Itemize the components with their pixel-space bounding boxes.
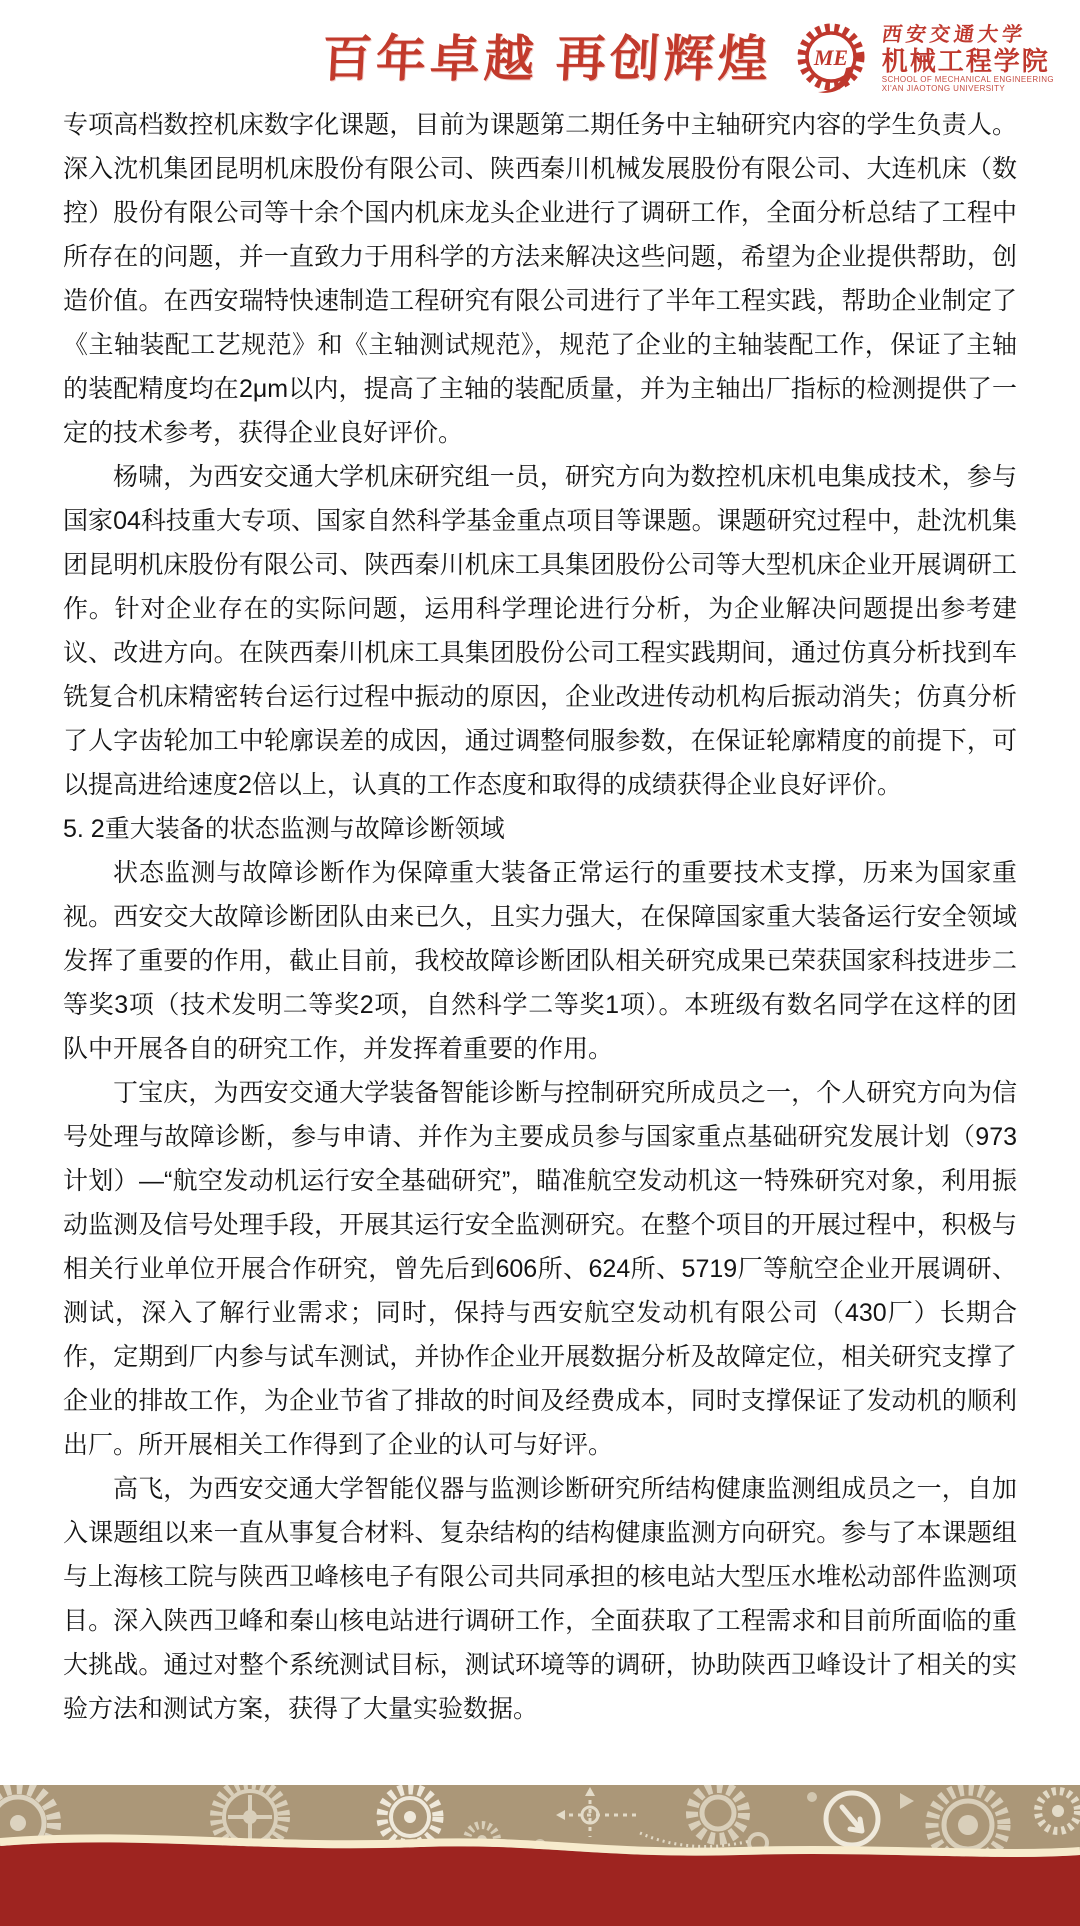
logo-text-block: 西安交通大学 机械工程学院 SCHOOL OF MECHANICAL ENGIN… — [882, 24, 1054, 93]
calligraphy-slogan: 百年卓越 再创辉煌 — [321, 34, 774, 84]
logo-university-cn: 西安交通大学 — [880, 24, 1055, 46]
footer-decoration-band — [0, 1785, 1080, 1926]
paragraph: 状态监测与故障诊断作为保障重大装备正常运行的重要技术支撑，历来为国家重视。西安交… — [63, 851, 1017, 1071]
gear-decoration-icon — [0, 1785, 1080, 1926]
logo-school-cn: 机械工程学院 — [882, 47, 1054, 76]
page: { "header": { "slogan": "百年卓越 再创辉煌", "lo… — [0, 0, 1080, 1926]
page-header: 百年卓越 再创辉煌 ME 西安交通大学 机械工程学院 SCHOOL OF MEC… — [0, 16, 1054, 102]
logo-university-en: XI'AN JIAOTONG UNIVERSITY — [882, 85, 1054, 94]
paragraph: 专项高档数控机床数字化课题，目前为课题第二期任务中主轴研究内容的学生负责人。深入… — [63, 103, 1017, 455]
school-logo: ME 西安交通大学 机械工程学院 SCHOOL OF MECHANICAL EN… — [788, 16, 1054, 102]
gear-logo-icon: ME — [788, 16, 874, 102]
paragraph: 杨啸，为西安交通大学机床研究组一员，研究方向为数控机床机电集成技术，参与国家04… — [63, 455, 1017, 807]
logo-monogram: ME — [813, 45, 848, 70]
section-heading: 5. 2重大装备的状态监测与故障诊断领域 — [63, 807, 1017, 851]
paragraph: 高飞，为西安交通大学智能仪器与监测诊断研究所结构健康监测组成员之一，自加入课题组… — [63, 1467, 1017, 1731]
paragraph: 丁宝庆，为西安交通大学装备智能诊断与控制研究所成员之一，个人研究方向为信号处理与… — [63, 1071, 1017, 1467]
document-body: 专项高档数控机床数字化课题，目前为课题第二期任务中主轴研究内容的学生负责人。深入… — [63, 103, 1017, 1731]
